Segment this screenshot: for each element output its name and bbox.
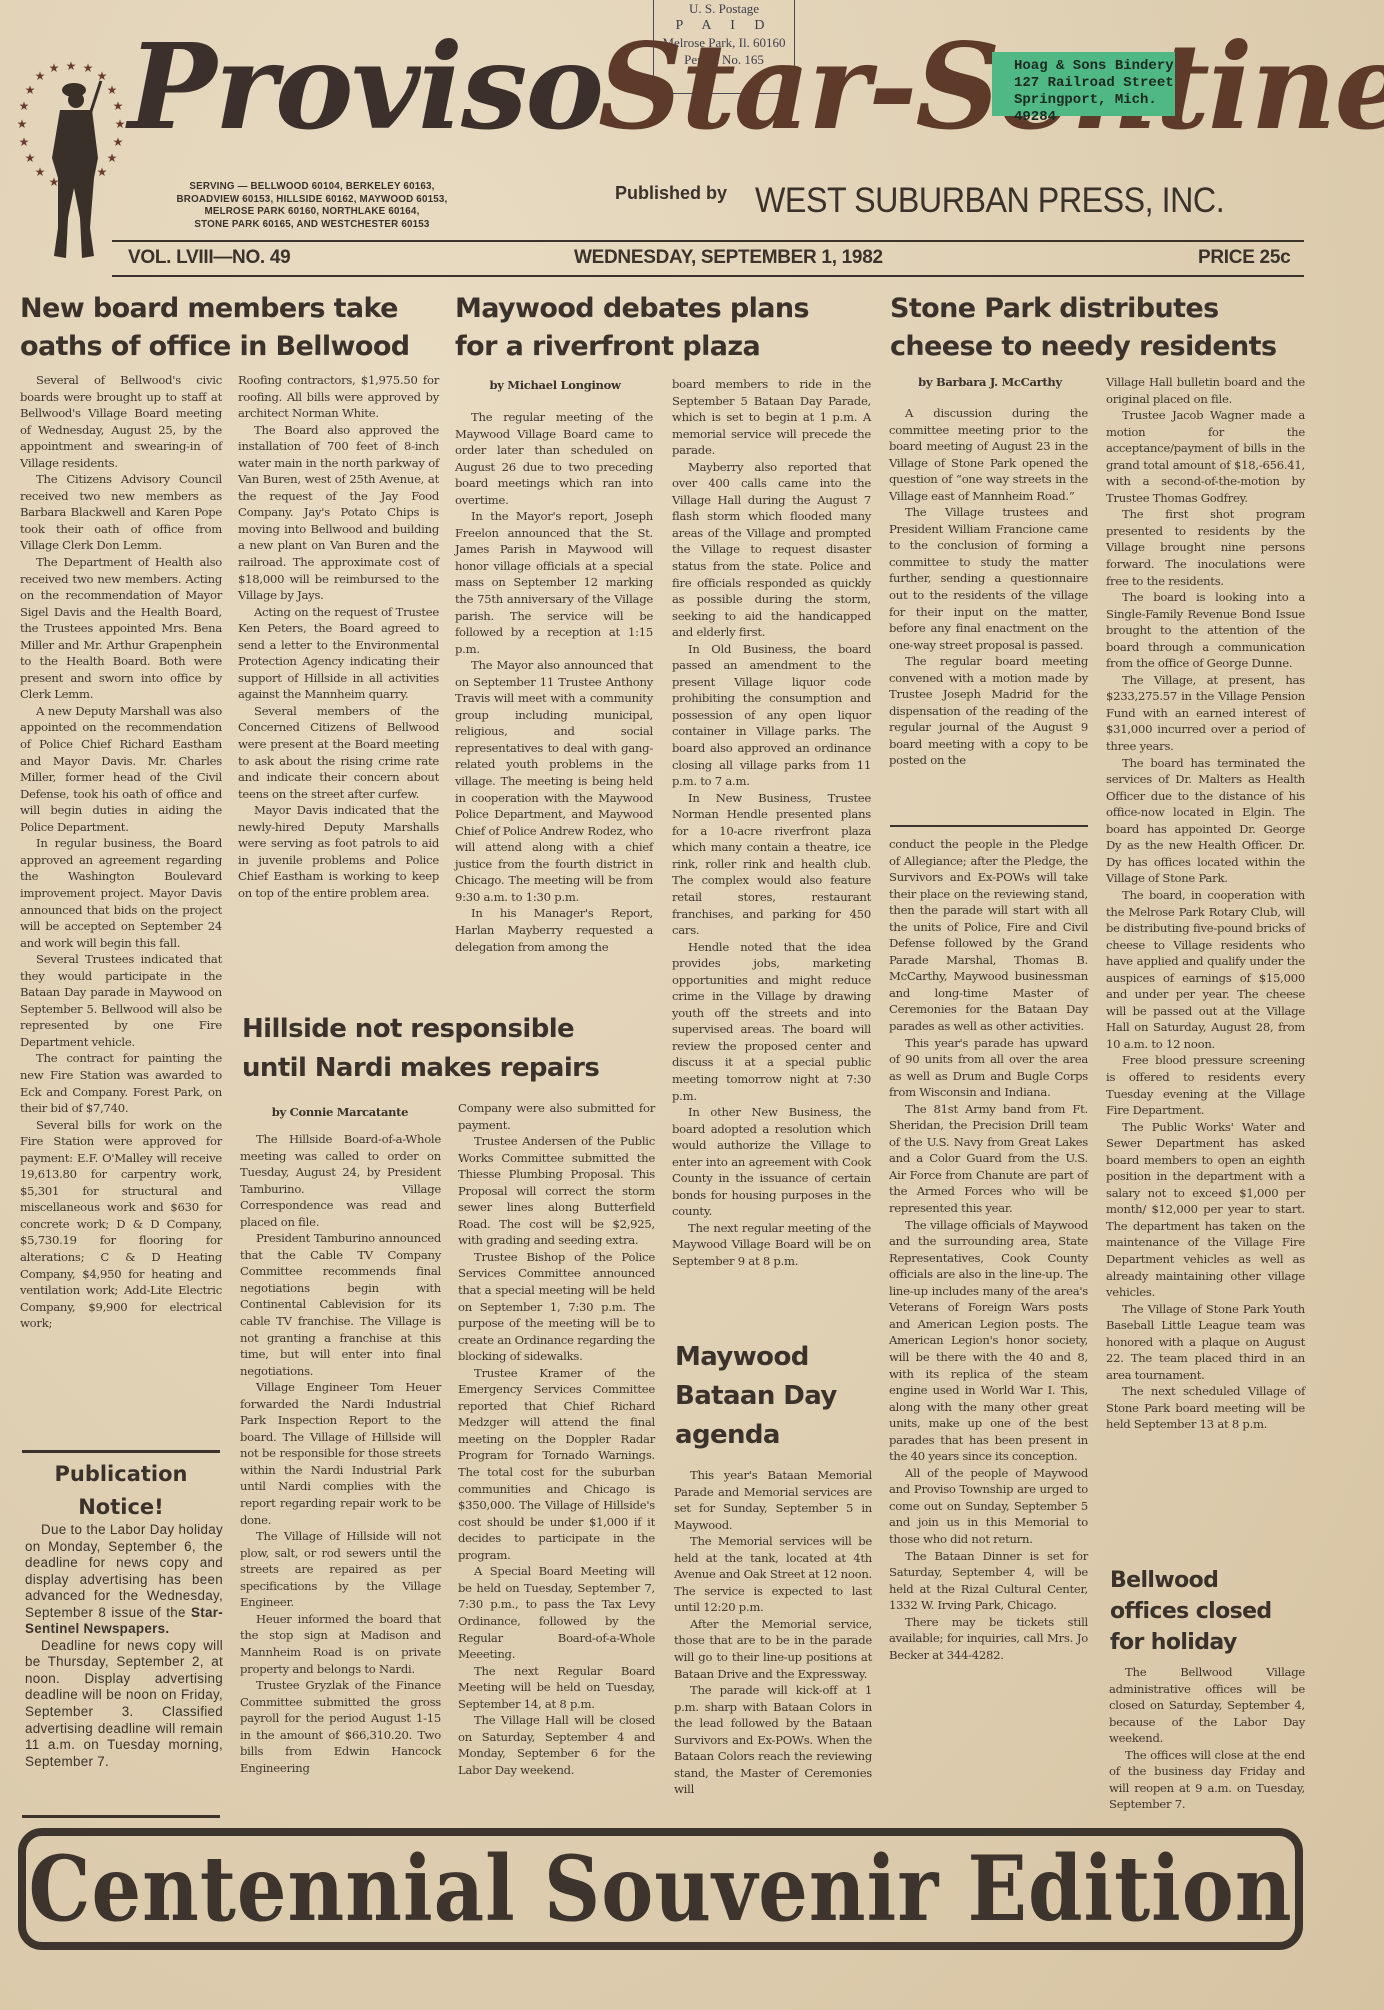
svg-text:★: ★: [66, 59, 77, 73]
article-maywood-col2: board members to ride in the September 5…: [672, 376, 871, 1270]
paragraph: The first shot program presented to resi…: [1106, 506, 1305, 589]
issue-date: WEDNESDAY, SEPTEMBER 1, 1982: [574, 247, 883, 269]
paragraph: Several bills for work on the Fire Stati…: [20, 1117, 222, 1332]
paragraph: conduct the people in the Pledge of Alle…: [889, 836, 1088, 1035]
paragraph: The Village, at present, has $233,275.57…: [1106, 672, 1305, 755]
svg-text:★: ★: [35, 165, 46, 179]
masthead-title-proviso: Proviso: [128, 28, 602, 146]
article-hillside-col2: Company were also submitted for payment.…: [458, 1100, 655, 1778]
serving-line: SERVING — BELLWOOD 60104, BERKELEY 60163…: [122, 181, 502, 194]
headline-line: for holiday: [1110, 1627, 1310, 1658]
headline-line: Publication: [22, 1458, 220, 1491]
centennial-banner: Centennial Souvenir Edition: [18, 1828, 1303, 1950]
article-bellwood-col2: Roofing contractors, $1,975.50 for roofi…: [238, 372, 439, 902]
svg-text:★: ★: [17, 117, 28, 131]
paragraph: In his Manager's Report, Harlan Mayberry…: [455, 905, 653, 955]
price: PRICE 25c: [1198, 247, 1290, 269]
published-by-label: Published by: [615, 183, 727, 204]
paragraph: Village Hall bulletin board and the orig…: [1106, 374, 1305, 407]
paragraph: This year's parade has upward of 90 unit…: [889, 1035, 1088, 1101]
headline-line: Notice!: [22, 1491, 220, 1524]
postage-line-2: U. S. Postage: [654, 0, 794, 17]
paragraph: Mayberry also reported that over 400 cal…: [672, 459, 871, 641]
svg-text:★: ★: [113, 99, 124, 113]
headline-line: Bataan Day: [675, 1377, 875, 1416]
svg-text:★: ★: [107, 83, 118, 97]
volume-number: VOL. LVIII—NO. 49: [128, 247, 290, 269]
paragraph: Roofing contractors, $1,975.50 for roofi…: [238, 372, 439, 422]
svg-text:★: ★: [115, 117, 126, 131]
paragraph: The Citizens Advisory Council received t…: [20, 471, 222, 554]
headline-line: Stone Park distributes: [890, 290, 1310, 328]
paragraph: The Village of Stone Park Youth Baseball…: [1106, 1301, 1305, 1384]
paragraph: The Bataan Dinner is set for Saturday, S…: [889, 1548, 1088, 1614]
label-line-1: Hoag & Sons Bindery: [1014, 58, 1175, 75]
serving-line: MELROSE PARK 60160, NORTHLAKE 60164,: [122, 206, 502, 219]
svg-text:★: ★: [25, 151, 36, 165]
paragraph: The next Regular Board Meeting will be h…: [458, 1663, 655, 1713]
article-bellwood-col1: Several of Bellwood's civic boards were …: [20, 372, 222, 1332]
headline-line: Maywood: [675, 1338, 875, 1377]
paragraph: In Old Business, the board passed an ame…: [672, 641, 871, 790]
paragraph: The offices will close at the end of the…: [1109, 1747, 1305, 1813]
paragraph: Trustee Kramer of the Emergency Services…: [458, 1365, 655, 1564]
masthead-rule-bottom: [112, 275, 1304, 277]
paragraph: President Tamburino announced that the C…: [240, 1230, 441, 1379]
paragraph: Trustee Andersen of the Public Works Com…: [458, 1133, 655, 1249]
minuteman-logo-icon: ★ ★ ★ ★ ★ ★ ★ ★ ★ ★ ★ ★ ★ ★ ★ ★ ★ ★ ★: [14, 58, 129, 270]
svg-text:★: ★: [97, 69, 108, 83]
masthead-title-star-sentinel: Star-Sentinel: [598, 28, 1384, 146]
paragraph: The regular board meeting convened with …: [889, 653, 1088, 769]
byline-stone-park: by Barbara J. McCarthy: [890, 375, 1090, 389]
svg-text:★: ★: [113, 135, 124, 149]
paragraph: In other New Business, the board adopted…: [672, 1104, 871, 1220]
paragraph: This year's Bataan Memorial Parade and M…: [674, 1467, 872, 1533]
byline-hillside: by Connie Marcatante: [240, 1105, 440, 1119]
notice-rule-top: [22, 1450, 220, 1453]
svg-text:★: ★: [19, 99, 30, 113]
headline-line: Hillside not responsible: [242, 1010, 662, 1049]
svg-text:★: ★: [97, 165, 108, 179]
jump-rule: [890, 825, 1088, 827]
paragraph: The Hillside Board-of-a-Whole meeting wa…: [240, 1131, 441, 1230]
svg-text:★: ★: [83, 61, 94, 75]
paragraph: There may be tickets still available; fo…: [889, 1614, 1088, 1664]
paragraph: Company were also submitted for payment.: [458, 1100, 655, 1133]
serving-areas: SERVING — BELLWOOD 60104, BERKELEY 60163…: [122, 181, 502, 231]
headline-line: until Nardi makes repairs: [242, 1049, 662, 1088]
paragraph: Hendle noted that the idea provides jobs…: [672, 939, 871, 1104]
headline-maywood: Maywood debates plans for a riverfront p…: [455, 290, 875, 366]
article-bellwood-closed: The Bellwood Village administrative offi…: [1109, 1664, 1305, 1813]
paragraph: The Bellwood Village administrative offi…: [1109, 1664, 1305, 1747]
svg-text:★: ★: [19, 135, 30, 149]
masthead-rule-top: [112, 240, 1304, 242]
paragraph: The Public Works' Water and Sewer Depart…: [1106, 1119, 1305, 1301]
label-line-3: Springport, Mich. 49284: [1014, 92, 1175, 126]
headline-line: for a riverfront plaza: [455, 328, 875, 366]
paragraph: Trustee Gryzlak of the Finance Committee…: [240, 1677, 441, 1776]
paragraph: The Department of Health also received t…: [20, 554, 222, 703]
paragraph: In the Mayor's report, Joseph Freelon an…: [455, 508, 653, 657]
headline-line: cheese to needy residents: [890, 328, 1310, 366]
paragraph: Several members of the Concerned Citizen…: [238, 703, 439, 802]
paragraph: Village Engineer Tom Heuer forwarded the…: [240, 1379, 441, 1528]
paragraph: Deadline for news copy will be Thursday,…: [25, 1638, 223, 1770]
headline-line: Maywood debates plans: [455, 290, 875, 328]
paragraph: In New Business, Trustee Norman Hendle p…: [672, 790, 871, 939]
notice-rule-bottom: [22, 1815, 220, 1818]
paragraph: After the Memorial service, those that a…: [674, 1616, 872, 1682]
paragraph: Mayor Davis indicated that the newly-hir…: [238, 802, 439, 901]
paragraph: A new Deputy Marshall was also appointed…: [20, 703, 222, 835]
paragraph: The Mayor also announced that on Septemb…: [455, 657, 653, 905]
paragraph: Heuer informed the board that the stop s…: [240, 1611, 441, 1677]
paragraph: board members to ride in the September 5…: [672, 376, 871, 459]
article-maywood-col1: The regular meeting of the Maywood Villa…: [455, 409, 653, 955]
headline-bellwood: New board members take oaths of office i…: [20, 290, 440, 366]
label-line-2: 127 Railroad Street: [1014, 75, 1175, 92]
serving-line: BROADVIEW 60153, HILLSIDE 60162, MAYWOOD…: [122, 194, 502, 207]
paragraph: The regular meeting of the Maywood Villa…: [455, 409, 653, 508]
paragraph: All of the people of Maywood and Proviso…: [889, 1465, 1088, 1548]
paragraph: The board has terminated the services of…: [1106, 755, 1305, 887]
svg-text:★: ★: [49, 61, 60, 75]
paragraph: The Village of Hillside will not plow, s…: [240, 1528, 441, 1611]
article-stone-park-col1: A discussion during the committee meetin…: [889, 405, 1088, 769]
paragraph: Trustee Bishop of the Police Services Co…: [458, 1249, 655, 1365]
article-hillside-col1: The Hillside Board-of-a-Whole meeting wa…: [240, 1131, 441, 1776]
headline-bellwood-closed: Bellwood offices closed for holiday: [1110, 1565, 1310, 1658]
paragraph: A discussion during the committee meetin…: [889, 405, 1088, 504]
headline-line: oaths of office in Bellwood: [20, 328, 440, 366]
headline-hillside: Hillside not responsible until Nardi mak…: [242, 1010, 662, 1088]
headline-stone-park: Stone Park distributes cheese to needy r…: [890, 290, 1310, 366]
article-bataan-col2: conduct the people in the Pledge of Alle…: [889, 836, 1088, 1663]
paragraph: The contract for painting the new Fire S…: [20, 1050, 222, 1116]
publisher-name: WEST SUBURBAN PRESS, INC.: [755, 183, 1224, 218]
paragraph: Several Trustees indicated that they wou…: [20, 951, 222, 1050]
paragraph: The Village Hall will be closed on Satur…: [458, 1712, 655, 1778]
headline-line: agenda: [675, 1416, 875, 1455]
paragraph: The 81st Army band from Ft. Sheridan, th…: [889, 1101, 1088, 1217]
paragraph: The board is looking into a Single-Famil…: [1106, 589, 1305, 672]
paragraph: Several of Bellwood's civic boards were …: [20, 372, 222, 471]
serving-line: STONE PARK 60165, AND WESTCHESTER 60153: [122, 219, 502, 232]
paragraph: The village officials of Maywood and the…: [889, 1217, 1088, 1465]
svg-text:★: ★: [107, 151, 118, 165]
paragraph: The parade will kick-off at 1 p.m. sharp…: [674, 1682, 872, 1798]
paragraph: The board, in cooperation with the Melro…: [1106, 887, 1305, 1052]
svg-text:★: ★: [25, 83, 36, 97]
svg-text:★: ★: [35, 69, 46, 83]
paragraph: The next scheduled Village of Stone Park…: [1106, 1383, 1305, 1433]
article-bataan-col1: This year's Bataan Memorial Parade and M…: [674, 1467, 872, 1798]
byline-maywood: by Michael Longinow: [455, 378, 655, 392]
headline-line: Bellwood: [1110, 1565, 1310, 1596]
headline-line: New board members take: [20, 290, 440, 328]
paragraph: The Village trustees and President Willi…: [889, 504, 1088, 653]
paragraph: The next regular meeting of the Maywood …: [672, 1220, 871, 1270]
paragraph: The Board also approved the installation…: [238, 422, 439, 604]
publication-notice-headline: Publication Notice!: [22, 1458, 220, 1524]
publication-notice-body: Due to the Labor Day holiday on Monday, …: [25, 1522, 223, 1770]
paragraph: In regular business, the Board approved …: [20, 835, 222, 951]
paragraph: Acting on the request of Trustee Ken Pet…: [238, 604, 439, 703]
paragraph: The Memorial services will be held at th…: [674, 1533, 872, 1616]
headline-bataan-day: Maywood Bataan Day agenda: [675, 1338, 875, 1455]
paragraph: A Special Board Meeting will be held on …: [458, 1563, 655, 1662]
mailing-label: Hoag & Sons Bindery 127 Railroad Street …: [992, 52, 1175, 116]
banner-text: Centennial Souvenir Edition: [26, 1837, 1295, 1942]
paragraph: Trustee Jacob Wagner made a motion for t…: [1106, 407, 1305, 506]
headline-line: offices closed: [1110, 1596, 1310, 1627]
article-stone-park-col2: Village Hall bulletin board and the orig…: [1106, 374, 1305, 1433]
paragraph: Free blood pressure screening is offered…: [1106, 1052, 1305, 1118]
